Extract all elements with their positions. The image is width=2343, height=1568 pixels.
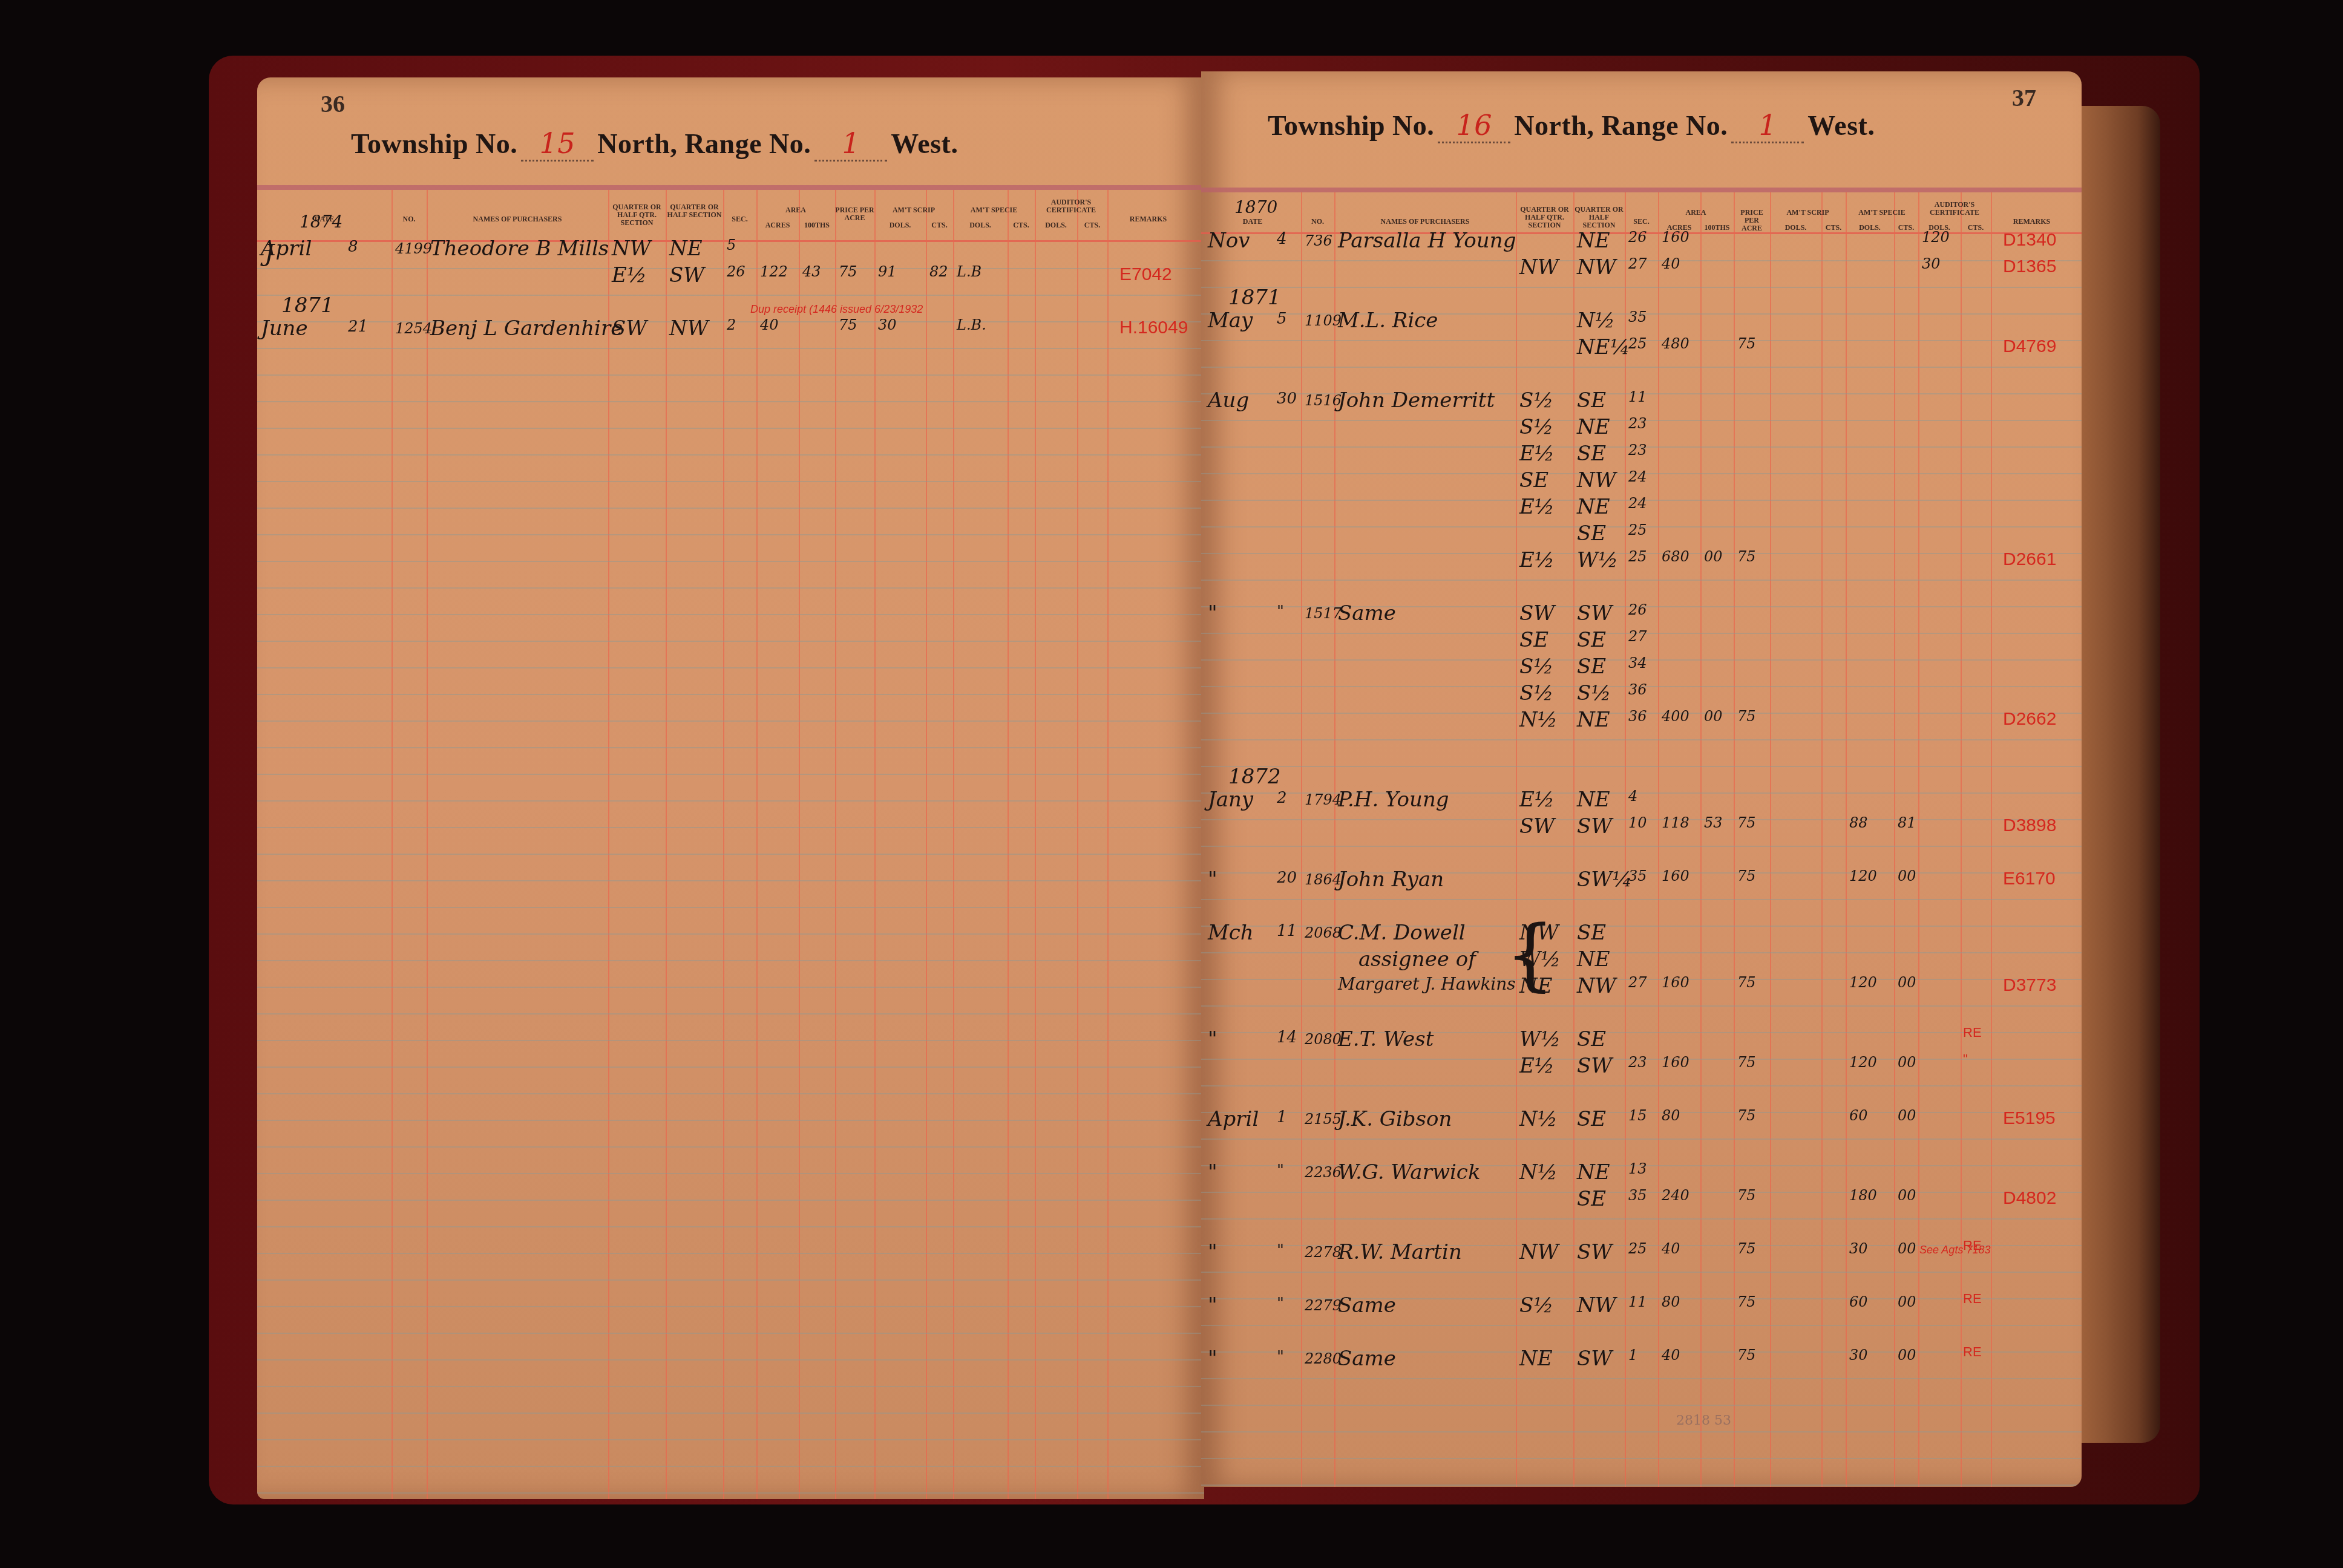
cell-date: June xyxy=(261,316,308,341)
cell-sec: 36 xyxy=(1628,681,1647,698)
cell-qhq: S½ xyxy=(1519,681,1553,705)
cell-sec: 13 xyxy=(1628,1160,1647,1177)
cell-sec: 10 xyxy=(1628,814,1647,831)
cell-qh: N½ xyxy=(1577,309,1615,333)
cell-sec: 26 xyxy=(727,263,745,280)
cell-no: 1516 xyxy=(1305,392,1342,409)
cell-sec: 5 xyxy=(727,237,736,253)
cell-hundredths: 00 xyxy=(1704,708,1723,725)
cell-qhq: W½ xyxy=(1519,947,1561,972)
cell-sec: 35 xyxy=(1628,309,1647,325)
cell-day: 2 xyxy=(1277,789,1287,807)
township-number: 15 xyxy=(521,127,594,162)
cell-specie_dols: 120 xyxy=(1849,1054,1877,1071)
ruled-line xyxy=(1201,899,2082,900)
cell-names: John Ryan xyxy=(1338,867,1444,892)
cell-qhq: NW xyxy=(1519,1240,1559,1264)
left-page: 36 Township No.15North, Range No.1West. … xyxy=(257,77,1204,1499)
cell-specie_dols: 60 xyxy=(1849,1293,1868,1310)
column-divider xyxy=(1035,190,1036,1499)
cell-qh: S½ xyxy=(1577,681,1611,705)
cell-specie_cts: 00 xyxy=(1898,1240,1916,1257)
ruled-line xyxy=(257,1439,1204,1440)
cell-names: Same xyxy=(1338,601,1396,626)
ruled-line xyxy=(257,1359,1204,1361)
cell-hundredths: 43 xyxy=(802,263,821,280)
ruled-line xyxy=(1201,287,2082,288)
cell-specie_dols: L.B xyxy=(957,263,981,280)
ruled-line xyxy=(257,534,1204,535)
year-header: 1874 xyxy=(300,212,342,232)
ruled-line xyxy=(257,800,1204,802)
cell-sec: 25 xyxy=(1628,335,1647,352)
cell-names: Benj L Gardenhire xyxy=(430,316,623,341)
cell-remarks: D2661 xyxy=(2003,549,2056,570)
cell-names: John Demerritt xyxy=(1338,388,1495,413)
cell-date: " xyxy=(1208,1160,1217,1184)
cell-qh: SE xyxy=(1577,1187,1606,1211)
cell-sec: 11 xyxy=(1628,388,1647,405)
column-header-qhq: Quarter or Half Qtr. Section xyxy=(1516,206,1573,229)
cell-qhq: W½ xyxy=(1519,1027,1561,1051)
cell-qhq: SW xyxy=(1519,601,1555,626)
ruled-line xyxy=(1201,739,2082,740)
column-divider xyxy=(1821,192,1823,1487)
cell-sec: 35 xyxy=(1628,867,1647,884)
cell-price: 75 xyxy=(1737,1054,1756,1071)
cell-no: 1254 xyxy=(395,320,432,337)
column-divider xyxy=(1625,192,1626,1487)
cell-qhq: SE xyxy=(1519,468,1548,492)
cell-specie_dols: 88 xyxy=(1849,814,1868,831)
title-middle: North, Range No. xyxy=(597,128,811,159)
cell-price: 75 xyxy=(1737,1240,1756,1257)
ruled-line xyxy=(257,481,1204,482)
cell-qhq: E½ xyxy=(612,263,647,287)
ruled-line xyxy=(257,1013,1204,1014)
column-header-sec: Sec. xyxy=(1625,218,1658,226)
cell-qhq: S½ xyxy=(1519,1293,1553,1318)
cell-day: " xyxy=(1277,1161,1284,1180)
cell-qh: SE xyxy=(1577,442,1606,466)
cell-day: " xyxy=(1277,1348,1284,1366)
cell-hundredths: 53 xyxy=(1704,814,1723,831)
cell-qhq: E½ xyxy=(1519,788,1555,812)
column-divider xyxy=(666,190,667,1499)
cell-qh: NE xyxy=(1577,415,1610,439)
ruled-line xyxy=(257,854,1204,855)
cell-qh: SE xyxy=(1577,628,1606,652)
cell-sec: 26 xyxy=(1628,229,1647,246)
cell-qh: SW xyxy=(1577,1054,1612,1078)
column-header-cts: Cts. xyxy=(1008,221,1035,229)
column-divider xyxy=(874,190,876,1499)
ruled-line xyxy=(257,561,1204,562)
ruled-line xyxy=(257,428,1204,429)
cell-acres: 118 xyxy=(1662,814,1689,831)
ruled-line xyxy=(1201,580,2082,581)
column-header-scrip: Am't Scrip xyxy=(1770,209,1846,217)
title-suffix: West. xyxy=(891,128,958,159)
ruled-line xyxy=(257,587,1204,589)
ruled-line xyxy=(1201,367,2082,368)
cell-qh: NE xyxy=(1577,708,1610,732)
cell-names: Parsalla H Young xyxy=(1338,229,1516,253)
cell-no: 2279 xyxy=(1305,1297,1342,1314)
cell-names: Margaret J. Hawkins xyxy=(1338,974,1516,994)
cell-sec: 27 xyxy=(1628,974,1647,991)
cell-date: " xyxy=(1208,1240,1217,1264)
column-header-price: Price Per Acre xyxy=(835,206,874,222)
page-edges xyxy=(2069,106,2160,1443)
right-page: 37 Township No.16North, Range No.1West. … xyxy=(1201,71,2082,1487)
cell-no: 2080 xyxy=(1305,1031,1342,1048)
ruled-line xyxy=(257,1386,1204,1387)
cell-acres: 160 xyxy=(1662,229,1689,246)
cell-sec: 27 xyxy=(1628,255,1647,272)
column-divider xyxy=(392,190,393,1499)
range-number: 1 xyxy=(1731,109,1804,143)
cell-sec: 24 xyxy=(1628,468,1647,485)
cell-day: 11 xyxy=(1277,922,1297,940)
column-header-scrip: Am't Scrip xyxy=(874,206,953,214)
cell-qh: NE xyxy=(1577,1160,1610,1184)
cell-names: W.G. Warwick xyxy=(1338,1160,1481,1184)
cell-date: Nov xyxy=(1208,229,1250,253)
cell-sec: 15 xyxy=(1628,1107,1647,1124)
cell-remarks: D1365 xyxy=(2003,256,2056,277)
cell-specie_cts: 00 xyxy=(1898,974,1916,991)
cell-specie_dols: 180 xyxy=(1849,1187,1877,1204)
column-header-sec: Sec. xyxy=(723,215,756,223)
cell-qh: NE xyxy=(1577,229,1610,253)
cell-specie_cts: 00 xyxy=(1898,1107,1916,1124)
cell-qh: SW¼ xyxy=(1577,867,1632,892)
cell-qh: SE xyxy=(1577,521,1606,546)
column-header-qhq: Quarter or Half Qtr. Section xyxy=(608,203,666,227)
cell-day: 21 xyxy=(348,318,368,336)
cell-price: 75 xyxy=(1737,1187,1756,1204)
cell-qh: NE xyxy=(669,237,703,261)
cell-no: 4199 xyxy=(395,240,432,257)
column-divider xyxy=(1516,192,1517,1487)
cell-remarks: E6170 xyxy=(2003,869,2056,889)
ruled-line xyxy=(257,694,1204,695)
column-header-100ths: 100ths xyxy=(799,221,835,229)
cell-no: 2155 xyxy=(1305,1111,1342,1128)
cell-qh: SW xyxy=(1577,601,1612,626)
cell-specie_cts: 81 xyxy=(1898,814,1916,831)
cell-price: 75 xyxy=(1737,1107,1756,1124)
ruled-line xyxy=(257,880,1204,881)
cell-acres: 40 xyxy=(1662,255,1680,272)
cell-names: Theodore B Mills xyxy=(430,237,609,261)
cell-aud_cts: RE xyxy=(1963,1344,1982,1360)
cell-sec: 1 xyxy=(1628,1347,1637,1364)
cell-no: 2278 xyxy=(1305,1244,1342,1261)
cell-qh: SE xyxy=(1577,921,1606,945)
cell-qh: NW xyxy=(1577,468,1616,492)
column-header-remarks: Remarks xyxy=(1107,215,1189,223)
cell-qh: SE xyxy=(1577,1107,1606,1131)
ruled-line xyxy=(1201,1431,2082,1432)
cell-day: 5 xyxy=(1277,310,1287,328)
cell-qh: NW xyxy=(669,316,709,341)
cell-acres: 400 xyxy=(1662,708,1689,725)
entry-year: 1871 xyxy=(1228,286,1281,310)
column-header-cts: Cts. xyxy=(1821,224,1846,232)
cell-date: " xyxy=(1208,601,1217,626)
cell-day: 14 xyxy=(1277,1028,1297,1047)
cell-qh: SW xyxy=(1577,1240,1612,1264)
cell-sec: 25 xyxy=(1628,521,1647,538)
column-header-cts: Cts. xyxy=(1894,224,1918,232)
cell-no: 1109 xyxy=(1305,312,1342,329)
cell-price: 75 xyxy=(839,263,857,280)
ruled-line xyxy=(1201,1218,2082,1220)
cell-date: " xyxy=(1208,1293,1217,1318)
cell-qhq: S½ xyxy=(1519,655,1553,679)
column-divider xyxy=(1334,192,1335,1487)
cell-date: April xyxy=(1208,1107,1259,1131)
ruled-line xyxy=(257,1226,1204,1227)
cell-sec: 27 xyxy=(1628,628,1647,645)
cell-sec: 11 xyxy=(1628,1293,1647,1310)
cell-no: 1517 xyxy=(1305,605,1342,622)
ruled-line xyxy=(1201,952,2082,953)
ruled-line xyxy=(257,1200,1204,1201)
column-divider xyxy=(799,190,800,1499)
cell-qh: SE xyxy=(1577,655,1606,679)
cell-no: 2068 xyxy=(1305,924,1342,941)
column-header-specie: Am't Specie xyxy=(953,206,1035,214)
title-prefix: Township No. xyxy=(1268,110,1434,141)
cell-specie_cts: 00 xyxy=(1898,1293,1916,1310)
column-total: 2818 53 xyxy=(1676,1413,1731,1428)
cell-price: 75 xyxy=(1737,867,1756,884)
column-header-no: No. xyxy=(392,215,427,223)
cell-date: " xyxy=(1208,1027,1217,1051)
column-header-price: Price Per Acre xyxy=(1734,209,1770,232)
ruled-line xyxy=(1201,1085,2082,1086)
column-header-dols: Dols. xyxy=(1770,224,1821,232)
cell-scrip_dols: 91 xyxy=(878,263,897,280)
ruled-line xyxy=(1201,1005,2082,1007)
column-divider xyxy=(1077,190,1078,1499)
cell-sec: 23 xyxy=(1628,442,1647,459)
cell-qh: NW xyxy=(1577,255,1616,279)
ruled-line xyxy=(257,747,1204,748)
cell-qhq: S½ xyxy=(1519,415,1553,439)
ruled-line xyxy=(1201,1272,2082,1273)
ruled-line xyxy=(257,1492,1204,1494)
ruled-line xyxy=(1201,1378,2082,1379)
ruled-line xyxy=(1201,1458,2082,1459)
cell-acres: 40 xyxy=(1662,1347,1680,1364)
cell-acres: 40 xyxy=(760,316,779,333)
column-header-dols: Dols. xyxy=(1846,224,1894,232)
ruled-line xyxy=(257,1173,1204,1174)
cell-names: Same xyxy=(1338,1347,1396,1371)
column-divider xyxy=(1846,192,1847,1487)
cell-price: 75 xyxy=(1737,335,1756,352)
cell-scrip_dols: 30 xyxy=(878,316,897,333)
header-rule xyxy=(1201,188,2082,192)
cell-acres: 160 xyxy=(1662,867,1689,884)
cell-remarks: D3773 xyxy=(2003,975,2056,996)
cell-date: Aug xyxy=(1208,388,1249,413)
cell-qhq: S½ xyxy=(1519,388,1553,413)
cell-price: 75 xyxy=(1737,974,1756,991)
cell-aud_dols: 30 xyxy=(1922,255,1941,272)
column-divider xyxy=(1700,192,1702,1487)
column-header-names: Names of Purchasers xyxy=(1334,218,1516,226)
cell-specie_cts: 00 xyxy=(1898,1347,1916,1364)
cell-qh: NE xyxy=(1577,495,1610,519)
column-header-cts: Cts. xyxy=(1077,221,1107,229)
cell-sec: 35 xyxy=(1628,1187,1647,1204)
ruled-line xyxy=(1201,1485,2082,1486)
cell-date: Jany xyxy=(1208,788,1253,812)
cell-sec: 36 xyxy=(1628,708,1647,725)
cell-sec: 23 xyxy=(1628,415,1647,432)
column-header-remarks: Remarks xyxy=(1991,218,2073,226)
column-divider xyxy=(1918,192,1919,1487)
cell-remarks: D3898 xyxy=(2003,815,2056,836)
page-number: 36 xyxy=(321,90,345,118)
ruled-line xyxy=(257,1253,1204,1254)
cell-qh: NE¼ xyxy=(1577,335,1630,359)
ruled-line xyxy=(1201,766,2082,767)
cell-aud_cts: " xyxy=(1963,1051,1968,1067)
cell-names: assignee of xyxy=(1358,947,1476,972)
column-divider xyxy=(1894,192,1895,1487)
column-divider xyxy=(1770,192,1771,1487)
column-divider xyxy=(1658,192,1659,1487)
entry-year: 1871 xyxy=(281,293,334,318)
page-title: Township No.15North, Range No.1West. xyxy=(351,127,958,162)
column-divider xyxy=(1573,192,1575,1487)
cell-qhq: NW xyxy=(1519,921,1559,945)
cell-date: " xyxy=(1208,867,1217,892)
ruled-line xyxy=(257,614,1204,615)
cell-aud_dols: 120 xyxy=(1922,229,1950,246)
cell-qh: NW xyxy=(1577,1293,1616,1318)
cell-qh: SW xyxy=(1577,814,1612,838)
cell-qhq: N½ xyxy=(1519,1107,1558,1131)
ruled-line xyxy=(257,960,1204,961)
cell-qhq: E½ xyxy=(1519,442,1555,466)
cell-qhq: N½ xyxy=(1519,1160,1558,1184)
cell-remarks: E5195 xyxy=(2003,1108,2056,1129)
column-divider xyxy=(427,190,428,1499)
cell-price: 75 xyxy=(1737,1293,1756,1310)
cell-no: 2280 xyxy=(1305,1350,1342,1367)
cell-price: 75 xyxy=(839,316,857,333)
column-divider xyxy=(1991,192,1992,1487)
cell-price: 75 xyxy=(1737,814,1756,831)
column-header-qh: Quarter or Half Section xyxy=(666,203,723,219)
ruled-line xyxy=(1201,1325,2082,1326)
ruled-line xyxy=(257,1333,1204,1334)
cell-sec: 26 xyxy=(1628,601,1647,618)
cell-acres: 160 xyxy=(1662,1054,1689,1071)
ruled-line xyxy=(1201,1405,2082,1406)
cell-remarks: D1340 xyxy=(2003,230,2056,250)
cell-no: 1794 xyxy=(1305,791,1342,808)
cell-qhq: NW xyxy=(612,237,651,261)
ruled-line xyxy=(257,1120,1204,1121)
ruled-line xyxy=(257,1093,1204,1094)
column-header-acres: Acres xyxy=(756,221,799,229)
column-header-100ths: 100ths xyxy=(1700,224,1734,232)
cell-remarks: H.16049 xyxy=(1119,318,1188,338)
cell-day: 4 xyxy=(1277,230,1287,248)
entry-year: 1872 xyxy=(1228,765,1281,789)
ruled-line xyxy=(257,987,1204,988)
ruled-line xyxy=(257,348,1204,349)
cell-names: C.M. Dowell xyxy=(1338,921,1466,945)
column-divider xyxy=(756,190,758,1499)
cell-qh: SW xyxy=(669,263,704,287)
cell-acres: 80 xyxy=(1662,1293,1680,1310)
column-header-no: No. xyxy=(1301,218,1334,226)
cell-sec: 24 xyxy=(1628,495,1647,512)
title-middle: North, Range No. xyxy=(1514,110,1728,141)
cell-acres: 122 xyxy=(760,263,788,280)
ruled-line xyxy=(257,827,1204,828)
cell-specie_dols: 60 xyxy=(1849,1107,1868,1124)
cell-date: Mch xyxy=(1208,921,1254,945)
cell-scrip_cts: 82 xyxy=(929,263,948,280)
ruled-line xyxy=(257,1413,1204,1414)
cell-date: May xyxy=(1208,309,1253,333)
cell-qh: SE xyxy=(1577,1027,1606,1051)
cell-specie_dols: 30 xyxy=(1849,1240,1868,1257)
cell-qh: NW xyxy=(1577,974,1616,998)
ruled-line xyxy=(257,1146,1204,1148)
cell-qhq: E½ xyxy=(1519,548,1555,572)
ruled-line xyxy=(257,907,1204,908)
cell-specie_cts: 00 xyxy=(1898,1054,1916,1071)
cell-specie_dols: L.B. xyxy=(957,316,986,333)
cell-names: R.W. Martin xyxy=(1338,1240,1462,1264)
column-header-dols: Dols. xyxy=(1035,221,1077,229)
column-header-area: Area xyxy=(756,206,835,214)
cell-sec: 23 xyxy=(1628,1054,1647,1071)
column-divider xyxy=(835,190,836,1499)
column-header-dols: Dols. xyxy=(874,221,926,229)
cell-qhq: SE xyxy=(1519,628,1548,652)
cell-qhq: NW xyxy=(1519,255,1559,279)
ruled-line xyxy=(257,774,1204,775)
column-header-auditor: Auditor's Certificate xyxy=(1035,198,1107,214)
page-number: 37 xyxy=(2012,83,2036,112)
column-divider xyxy=(953,190,954,1499)
ruled-line xyxy=(257,1306,1204,1307)
cell-qh: NE xyxy=(1577,788,1610,812)
cell-acres: 40 xyxy=(1662,1240,1680,1257)
cell-date: " xyxy=(1208,1347,1217,1371)
cell-specie_dols: 120 xyxy=(1849,974,1877,991)
cell-date: April xyxy=(261,237,312,261)
ruled-line xyxy=(257,374,1204,376)
cell-day: 30 xyxy=(1277,390,1297,408)
cell-names: P.H. Young xyxy=(1338,788,1449,812)
range-number: 1 xyxy=(814,127,887,162)
cell-day: 1 xyxy=(1277,1108,1287,1126)
column-header-date: Date xyxy=(1204,218,1301,226)
